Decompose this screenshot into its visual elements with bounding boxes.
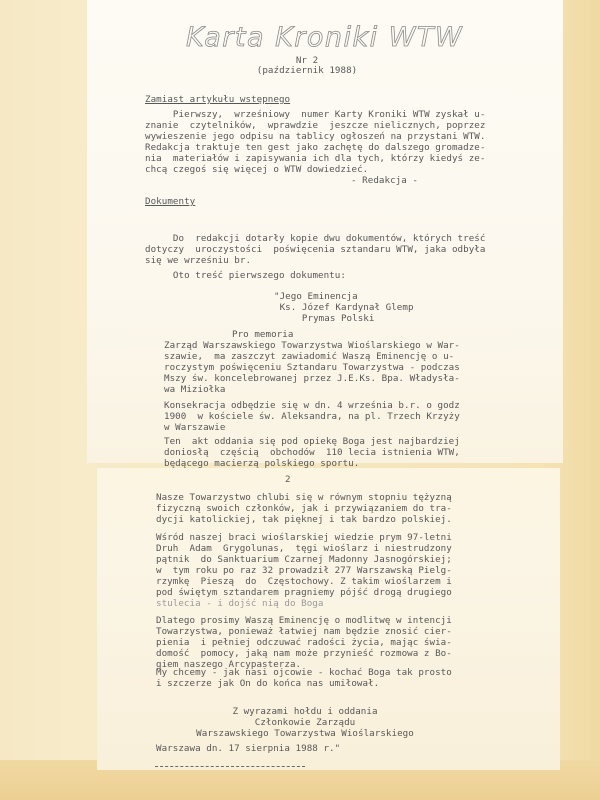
editorial-signature: - Redakcja - <box>351 175 418 186</box>
letter-line: rzymkę Pieszą do Częstochowy. Z takim wi… <box>156 576 452 587</box>
letter-line: Towarzystwa, ponieważ łatwiej nam będzie… <box>156 626 452 637</box>
letter-line: doniosłą częścią obchodów 110 lecia istn… <box>164 447 460 458</box>
editorial-line: nia materiałów i zapisywania ich dla tyc… <box>145 153 485 164</box>
editorial-line: Pierwszy, wrześniowy numer Karty Kroniki… <box>145 109 485 120</box>
letter-place-date: Warszawa dn. 17 sierpnia 1988 r." <box>156 743 340 754</box>
issue-date: (październik 1988) <box>217 65 397 76</box>
letter-line: fizyczną swoich członków, jak i przywiąz… <box>156 503 452 514</box>
letter-line: w Warszawie <box>164 422 225 433</box>
documents-heading: Dokumenty <box>145 196 195 207</box>
dashed-divider <box>155 766 305 767</box>
page-number: 2 <box>285 474 291 485</box>
editorial-line: Redakcja traktuje ten gest jako zachętę … <box>145 142 485 153</box>
letter-subject: Pro memoria <box>232 329 293 340</box>
editorial-line: znanie czytelników, wprawdzie jeszcze ni… <box>145 120 485 131</box>
letter-line: Konsekracja odbędzie się w dn. 4 wrześni… <box>164 400 460 411</box>
letter-line: Mszy św. koncelebrowanej przez J.E.Ks. B… <box>164 373 460 384</box>
letter-addressee: "Jego Eminencja <box>274 291 358 302</box>
letter-line: szawie, ma zaszczyt zawiadomić Waszą Emi… <box>164 351 454 362</box>
letter-line: wa Miziołka <box>164 384 225 395</box>
letter-line: Dlatego prosimy Waszą Eminencję o modlit… <box>156 615 452 626</box>
letter-line: roczystym poświęceniu Sztandaru Towarzys… <box>164 362 460 373</box>
documents-lead: Oto treść pierwszego dokumentu: <box>145 270 346 281</box>
letter-line: Zarząd Warszawskiego Towarzystwa Wioślar… <box>164 340 460 351</box>
letter-line: Nasze Towarzystwo chlubi się w równym st… <box>156 492 452 503</box>
letter-line: Wśród naszej braci wioślarskiej wiedzie … <box>156 532 452 543</box>
letter-line: i szczerze jak On do końca nas umiłował. <box>156 678 379 689</box>
editorial-line: wywieszenie jego odpisu na tablicy ogłos… <box>145 131 485 142</box>
documents-intro-line: dotyczy uroczystości poświęcenia sztanda… <box>145 244 485 255</box>
letter-addressee: Ks. Józef Kardynał Glemp <box>274 302 414 313</box>
letter-closing: Warszawskiego Towarzystwa Wioślarskiego <box>180 728 430 739</box>
letter-line: My chcemy - jak nasi ojcowie - kochać Bo… <box>156 667 452 678</box>
letter-line: pienia i pełniej odczuwać radości życia,… <box>156 637 452 648</box>
letter-line: 1900 w kościele św. Aleksandra, na pl. T… <box>164 411 460 422</box>
letter-line: domość pomocy, jaką nam może przynieść r… <box>156 648 452 659</box>
documents-intro-line: się we wrześniu br. <box>145 255 251 266</box>
letter-line: Ten akt oddania się pod opiekę Boga jest… <box>164 436 460 447</box>
letter-line: pod świętym sztandarem pragniemy pójść d… <box>156 587 452 598</box>
letter-addressee: Prymas Polski <box>274 313 374 324</box>
letter-line: pątnik do Sanktuarium Czarnej Madonny Ja… <box>156 554 452 565</box>
document-title: Karta Kroniki WTW <box>186 22 426 53</box>
editorial-heading: Zamiast artykułu wstępnego <box>145 94 290 105</box>
letter-closing: Z wyrazami hołdu i oddania <box>180 706 430 717</box>
editorial-line: chcą czegoś się więcej o WTW dowiedzieć. <box>145 164 368 175</box>
letter-line: stulecia - i dojść nią do Boga <box>156 598 323 609</box>
documents-intro-line: Do redakcji dotarły kopie dwu dokumentów… <box>145 233 485 244</box>
letter-line: w tym roku po raz 32 prowadził 277 Warsz… <box>156 565 452 576</box>
letter-line: dycji katolickiej, tak pięknej i tak bar… <box>156 514 452 525</box>
letter-line: Druh Adam Grygolunas, tęgi wioślarz i ni… <box>156 543 452 554</box>
letter-closing: Członkowie Zarządu <box>180 717 430 728</box>
